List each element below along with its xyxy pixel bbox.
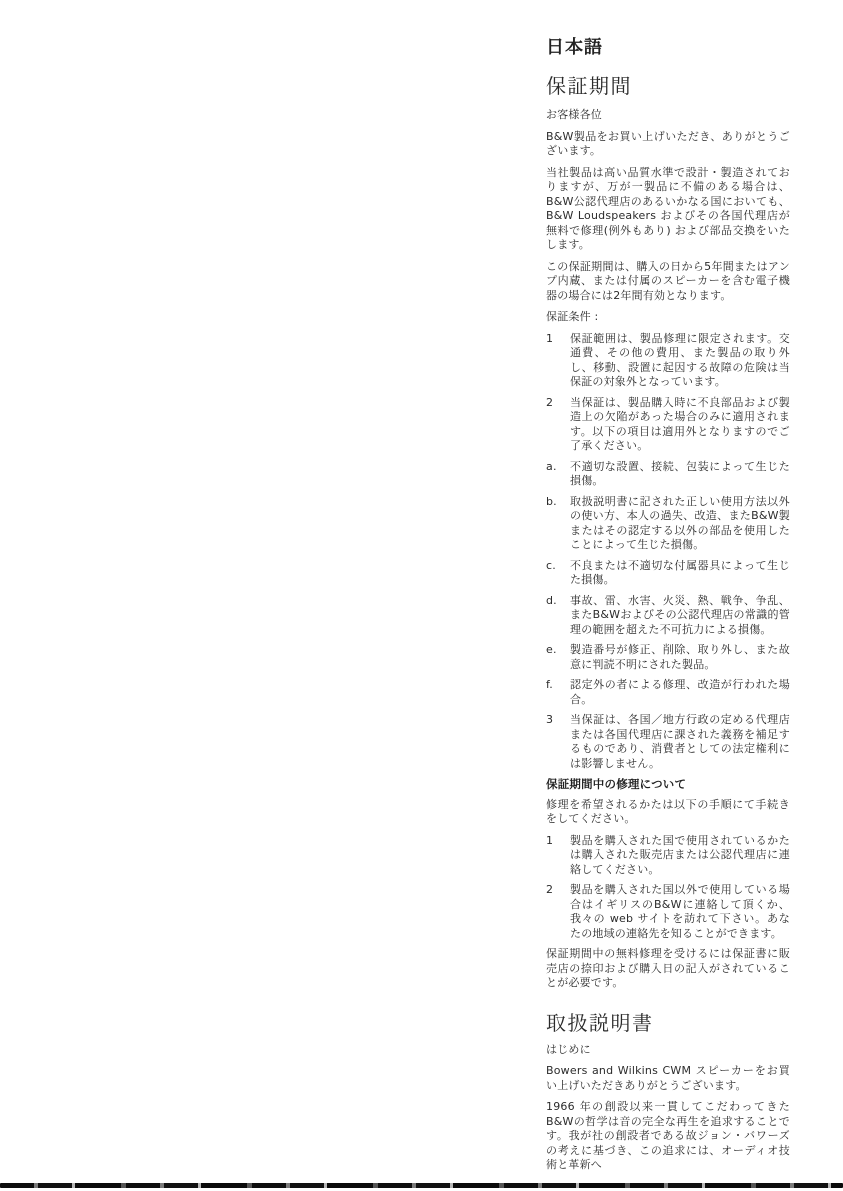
condition-item: 2 当保証は、製品購入時に不良部品および製造上の欠陥があった場合のみに適用されま… xyxy=(546,396,790,454)
language-heading: 日本語 xyxy=(546,38,790,58)
repair-step-number: 1 xyxy=(546,834,570,878)
exclusion-letter: a. xyxy=(546,460,570,489)
content-column: 日本語 保証期間 お客様各位 B&W製品をお買い上げいただき、ありがとうございま… xyxy=(546,38,790,1180)
manual-subheading: はじめに xyxy=(546,1043,790,1058)
manual-title: 取扱説明書 xyxy=(546,1013,790,1033)
condition-item: 3 当保証は、各国／地方行政の定める代理店または各国代理店に課された義務を補足す… xyxy=(546,713,790,771)
conditions-label: 保証条件 : xyxy=(546,310,790,325)
repair-step-text: 製品を購入された国以外で使用している場合はイギリスのB&Wに連絡して頂くか、我々… xyxy=(570,883,790,941)
repair-step-text: 製品を購入された国で使用されているかたは購入された販売店または公認代理店に連絡し… xyxy=(570,834,790,878)
exclusion-text: 不適切な設置、接続、包装によって生じた損傷。 xyxy=(570,460,790,489)
exclusion-item: b. 取扱説明書に記された正しい使用方法以外の使い方、本人の過失、改造、またB&… xyxy=(546,495,790,553)
exclusion-item: c. 不良または不適切な付属器具によって生じた損傷。 xyxy=(546,559,790,588)
exclusion-item: f. 認定外の者による修理、改造が行われた場合。 xyxy=(546,678,790,707)
warranty-intro-paragraph: B&W製品をお買い上げいただき、ありがとうございます。 xyxy=(546,130,790,159)
warranty-title: 保証期間 xyxy=(546,76,790,96)
repair-step: 2 製品を購入された国以外で使用している場合はイギリスのB&Wに連絡して頂くか、… xyxy=(546,883,790,941)
manual-paragraph: Bowers and Wilkins CWM スピーカーをお買い上げいただきあり… xyxy=(546,1064,790,1093)
condition-number: 3 xyxy=(546,713,570,771)
manual-paragraph: 1966 年の創設以来一貫してこだわってきたB&Wの哲学は音の完全な再生を追求す… xyxy=(546,1100,790,1173)
condition-number: 1 xyxy=(546,332,570,390)
exclusion-item: e. 製造番号が修正、削除、取り外し、また故意に判読不明にされた製品。 xyxy=(546,643,790,672)
warranty-section: 保証期間 お客様各位 B&W製品をお買い上げいただき、ありがとうございます。 当… xyxy=(546,76,790,991)
condition-item: 1 保証範囲は、製品修理に限定されます。交通費、その他の費用、また製品の取り外し… xyxy=(546,332,790,390)
salutation: お客様各位 xyxy=(546,108,790,123)
exclusion-text: 認定外の者による修理、改造が行われた場合。 xyxy=(570,678,790,707)
condition-text: 当保証は、各国／地方行政の定める代理店または各国代理店に課された義務を補足するも… xyxy=(570,713,790,771)
warranty-intro-paragraph: この保証期間は、購入の日から5年間またはアンプ内蔵、または付属のスピーカーを含む… xyxy=(546,260,790,304)
manual-section: 取扱説明書 はじめに Bowers and Wilkins CWM スピーカーを… xyxy=(546,1013,790,1173)
exclusion-text: 製造番号が修正、削除、取り外し、また故意に判読不明にされた製品。 xyxy=(570,643,790,672)
exclusion-text: 不良または不適切な付属器具によって生じた損傷。 xyxy=(570,559,790,588)
exclusion-letter: f. xyxy=(546,678,570,707)
exclusion-letter: b. xyxy=(546,495,570,553)
repair-step: 1 製品を購入された国で使用されているかたは購入された販売店または公認代理店に連… xyxy=(546,834,790,878)
exclusion-letter: d. xyxy=(546,594,570,638)
exclusion-text: 取扱説明書に記された正しい使用方法以外の使い方、本人の過失、改造、またB&W製ま… xyxy=(570,495,790,553)
repairs-intro: 修理を希望されるかたは以下の手順にて手続きをしてください。 xyxy=(546,798,790,827)
repair-step-number: 2 xyxy=(546,883,570,941)
repairs-heading: 保証期間中の修理について xyxy=(546,777,790,792)
exclusion-letter: e. xyxy=(546,643,570,672)
scan-artifact-bar xyxy=(0,1183,843,1188)
repairs-note: 保証期間中の無料修理を受けるには保証書に販売店の捺印および購入日の記入がされてい… xyxy=(546,947,790,991)
condition-number: 2 xyxy=(546,396,570,454)
warranty-intro-paragraph: 当社製品は高い品質水準で設計・製造されておりますが、万が一製品に不備のある場合は… xyxy=(546,166,790,253)
exclusion-item: a. 不適切な設置、接続、包装によって生じた損傷。 xyxy=(546,460,790,489)
scanned-manual-page: 日本語 保証期間 お客様各位 B&W製品をお買い上げいただき、ありがとうございま… xyxy=(0,0,843,1191)
condition-text: 当保証は、製品購入時に不良部品および製造上の欠陥があった場合のみに適用されます。… xyxy=(570,396,790,454)
exclusion-letter: c. xyxy=(546,559,570,588)
condition-text: 保証範囲は、製品修理に限定されます。交通費、その他の費用、また製品の取り外し、移… xyxy=(570,332,790,390)
exclusion-item: d. 事故、雷、水害、火災、熱、戦争、争乱、またB&Wおよびその公認代理店の常識… xyxy=(546,594,790,638)
exclusion-text: 事故、雷、水害、火災、熱、戦争、争乱、またB&Wおよびその公認代理店の常識的管理… xyxy=(570,594,790,638)
